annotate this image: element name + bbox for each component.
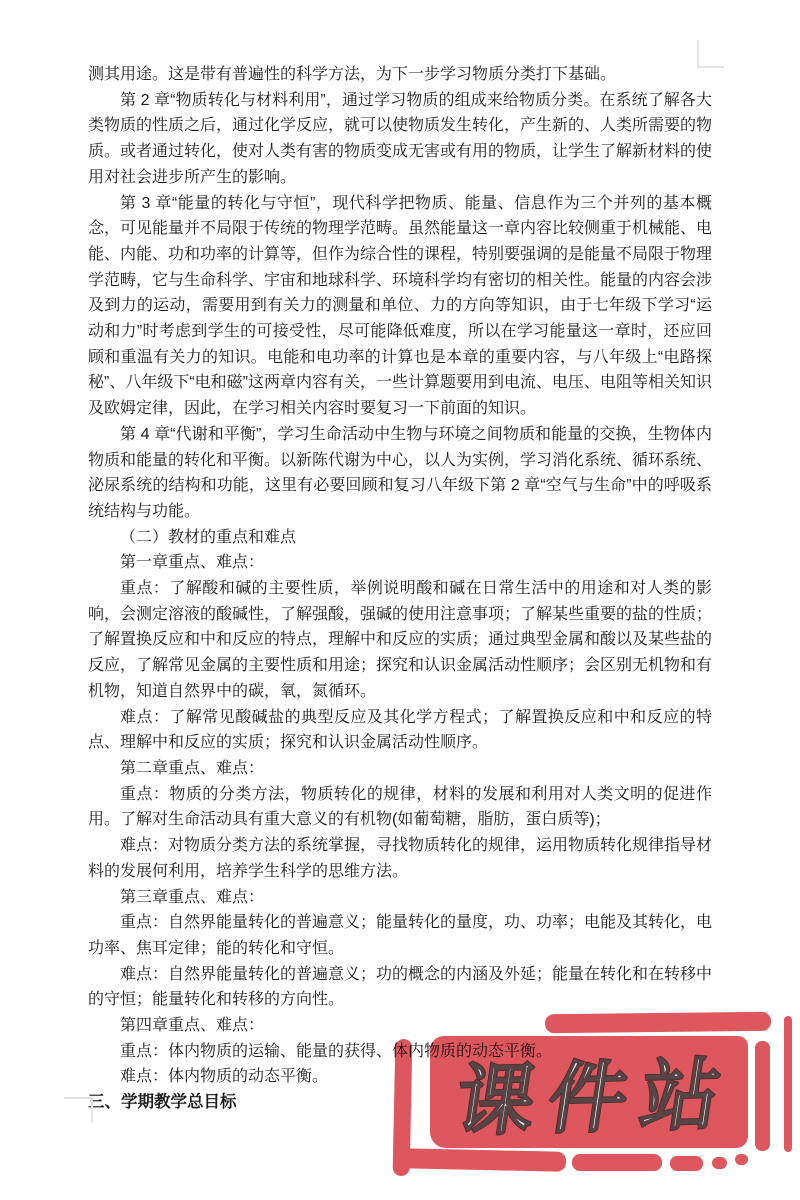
- stamp-border-bottom: [670, 1156, 703, 1171]
- stamp-border-bottom: [398, 1148, 566, 1172]
- text-boundary-mark-bottom-left: [64, 1097, 93, 1123]
- paragraph: 重点：了解酸和碱的主要性质，举例说明酸和碱在日常生活中的用途和对人类的影响，会测…: [88, 576, 712, 705]
- section-heading: 三、学期教学总目标: [88, 1090, 712, 1116]
- paragraph: 第三章重点、难点：: [88, 885, 712, 911]
- paragraph: 难点：了解常见酸碱盐的典型反应及其化学方程式；了解置换反应和中和反应的特点、理解…: [88, 705, 712, 756]
- paragraph: 第 2 章“物质转化与材料利用”，通过学习物质的组成来给物质分类。在系统了解各大…: [88, 88, 712, 191]
- stamp-border-right: [755, 1041, 770, 1151]
- paragraph: 难点：对物质分类方法的系统掌握，寻找物质转化的规律，运用物质转化规律指导材料的发…: [88, 833, 712, 884]
- paragraph: 第 3 章“能量的转化与守恒”，现代科学把物质、能量、信息作为三个并列的基本概念…: [88, 191, 712, 422]
- stamp-border-far-right: [784, 1016, 792, 1152]
- paragraph: 重点：自然界能量转化的普遍意义；能量转化的量度，功、功率；电能及其转化，电功率、…: [88, 910, 712, 961]
- word-document-page: { "page": { "background": "#ffffff", "te…: [0, 0, 800, 1200]
- paragraph: 重点：物质的分类方法，物质转化的规律，材料的发展和利用对人类文明的促进作用。了解…: [88, 782, 712, 833]
- text-boundary-mark-top-right: [697, 40, 724, 68]
- paragraph: 难点：自然界能量转化的普遍意义；功的概念的内涵及外延；能量在转化和在转移中的守恒…: [88, 962, 712, 1013]
- paragraph: 第二章重点、难点：: [88, 756, 712, 782]
- document-text: 测其用途。这是带有普遍性的科学方法，为下一步学习物质分类打下基础。第 2 章“物…: [88, 62, 712, 1116]
- paragraph: 第一章重点、难点：: [88, 550, 712, 576]
- stamp-border-bottom-dot: [735, 1154, 748, 1165]
- paragraph: 重点：体内物质的运输、能量的获得、体内物质的动态平衡。: [88, 1039, 712, 1065]
- paragraph: 测其用途。这是带有普遍性的科学方法，为下一步学习物质分类打下基础。: [88, 62, 712, 88]
- paragraph: （二）教材的重点和难点: [88, 525, 712, 551]
- stamp-border-bottom-dot: [712, 1157, 727, 1169]
- paragraph: 第 4 章“代谢和平衡”，学习生命活动中生物与环境之间物质和能量的交换，生物体内…: [88, 422, 712, 525]
- stamp-border-bottom: [572, 1154, 662, 1171]
- paragraph: 第四章重点、难点：: [88, 1013, 712, 1039]
- paragraph: 难点：体内物质的动态平衡。: [88, 1064, 712, 1090]
